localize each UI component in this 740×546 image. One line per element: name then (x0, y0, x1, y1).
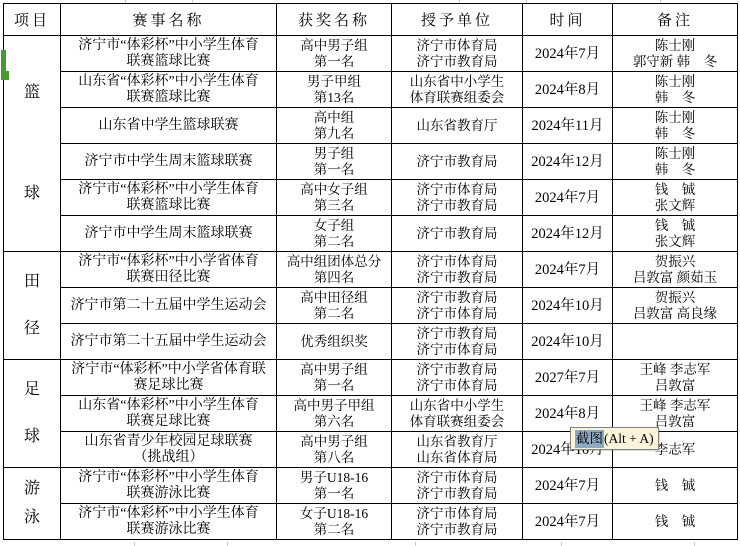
award-cell[interactable]: 男子甲组第13名 (277, 72, 392, 108)
unit-cell[interactable]: 济宁市体育局济宁市教育局 (392, 468, 523, 504)
time-cell-line: 2027年7月 (525, 370, 610, 386)
award-cell[interactable]: 高中男子组第八名 (277, 432, 392, 468)
award-cell[interactable]: 高中组第九名 (277, 108, 392, 144)
table-row: 篮球济宁市“体彩杯”中小学生体育联赛篮球比赛高中男子组第一名济宁市体育局济宁市教… (4, 36, 738, 72)
event-cell[interactable]: 济宁市“体彩杯”中小学生体育联赛篮球比赛 (61, 36, 277, 72)
award-cell-line: 第一名 (279, 378, 389, 394)
remark-cell-line: 钱 铖 (615, 218, 735, 234)
remark-cell-line: 陈士刚 (615, 110, 735, 126)
award-cell-line: 女子组 (279, 218, 389, 234)
event-cell-line: 济宁市第二十五届中学生运动会 (63, 298, 274, 314)
time-cell-line: 2024年12月 (525, 226, 610, 242)
event-cell[interactable]: 济宁市“体彩杯”中小学生体育联赛游泳比赛 (61, 504, 277, 540)
time-cell[interactable]: 2024年10月 (523, 288, 613, 324)
unit-cell[interactable]: 济宁市教育局济宁市体育局 (392, 324, 523, 360)
table-row: 田径济宁市“体彩杯”中小学省体育联赛田径比赛高中组团体总分第四名济宁市体育局济宁… (4, 252, 738, 288)
gridline-tick (561, 542, 562, 546)
time-cell[interactable]: 2024年12月 (523, 144, 613, 180)
table-row: 济宁市“体彩杯”中小学生体育联赛游泳比赛女子U18-16第二名济宁市体育局济宁市… (4, 504, 738, 540)
remark-cell[interactable]: 陈士刚韩 冬 (613, 144, 738, 180)
time-cell-line: 2024年11月 (525, 118, 610, 134)
time-cell-line: 2024年8月 (525, 82, 610, 98)
award-cell-line: 第六名 (279, 414, 389, 430)
event-cell-line: 济宁市中学生周末篮球联赛 (63, 154, 274, 170)
unit-cell-line: 山东省体育局 (394, 450, 520, 466)
remark-cell-line: 吕敦富 高良缘 (615, 306, 735, 322)
event-cell-line: 联赛游泳比赛 (63, 486, 274, 502)
time-cell[interactable]: 2024年11月 (523, 108, 613, 144)
project-char: 球 (24, 186, 40, 202)
remark-cell[interactable]: 陈士刚韩 冬 (613, 72, 738, 108)
event-cell-line: 济宁市“体彩杯”中小学生体育 (63, 38, 274, 54)
unit-cell[interactable]: 济宁市体育局济宁市教育局 (392, 252, 523, 288)
award-cell-line: 男子甲组 (279, 74, 389, 90)
project-char: 径 (24, 321, 40, 337)
unit-cell-line: 体育联赛组委会 (394, 414, 520, 430)
event-cell-line: 山东省“体彩杯”中小学生体育 (63, 74, 274, 90)
remark-cell[interactable]: 钱 铖张文辉 (613, 216, 738, 252)
project-cell[interactable]: 篮球 (4, 36, 61, 252)
table-row: 山东省中学生篮球联赛高中组第九名山东省教育厅2024年11月陈士刚韩 冬 (4, 108, 738, 144)
event-cell[interactable]: 济宁市中学生周末篮球联赛 (61, 216, 277, 252)
award-cell-line: 高中田径组 (279, 290, 389, 306)
time-cell-line: 2024年7月 (525, 46, 610, 62)
unit-cell[interactable]: 山东省教育厅 (392, 108, 523, 144)
remark-cell-line: 王峰 李志军 (615, 362, 735, 378)
event-cell[interactable]: 山东省青少年校园足球联赛（挑战组） (61, 432, 277, 468)
remark-cell-line: 韩 冬 (615, 126, 735, 142)
unit-cell-line: 济宁市体育局 (394, 254, 520, 270)
award-cell[interactable]: 男子U18-16第一名 (277, 468, 392, 504)
award-cell-line: 第四名 (279, 270, 389, 286)
event-cell[interactable]: 济宁市“体彩杯”中小学省体育联赛足球比赛 (61, 360, 277, 396)
event-cell[interactable]: 济宁市中学生周末篮球联赛 (61, 144, 277, 180)
remark-cell-line: 陈士刚 (615, 38, 735, 54)
project-char: 球 (24, 429, 40, 445)
unit-cell-line: 济宁市体育局 (394, 306, 520, 322)
unit-cell-line: 济宁市教育局 (394, 486, 520, 502)
event-cell-line: 联赛足球比赛 (63, 414, 274, 430)
remark-cell[interactable]: 陈士刚郭守新 韩 冬 (613, 36, 738, 72)
remark-cell[interactable]: 钱 铖张文辉 (613, 180, 738, 216)
award-cell[interactable]: 高中男子甲组第六名 (277, 396, 392, 432)
gridline-tick (415, 542, 416, 546)
award-cell-line: 高中男子组 (279, 434, 389, 450)
col-header-unit[interactable]: 授予单位 (392, 4, 523, 36)
time-cell[interactable]: 2024年10月 (523, 324, 613, 360)
unit-cell-line: 山东省教育厅 (394, 434, 520, 450)
event-cell-line: 山东省青少年校园足球联赛 (63, 434, 274, 450)
award-cell-line: 高中男子组 (279, 362, 389, 378)
remark-cell-line: 贺振兴 (615, 254, 735, 270)
time-cell[interactable]: 2024年7月 (523, 180, 613, 216)
screenshot-shortcut-label: (Alt + A) (604, 430, 654, 448)
unit-cell-line: 济宁市体育局 (394, 470, 520, 486)
project-cell[interactable]: 游泳 (4, 468, 61, 540)
unit-cell[interactable]: 山东省中小学生体育联赛组委会 (392, 396, 523, 432)
unit-cell-line: 济宁市体育局 (394, 342, 520, 358)
award-cell-line: 高中男子甲组 (279, 398, 389, 414)
event-cell[interactable]: 山东省中学生篮球联赛 (61, 108, 277, 144)
unit-cell-line: 济宁市教育局 (394, 522, 520, 538)
col-header-project[interactable]: 项目 (4, 4, 61, 36)
event-cell-line: 联赛游泳比赛 (63, 522, 274, 538)
remark-cell[interactable]: 贺振兴吕敦富 颜茹玉 (613, 252, 738, 288)
screenshot-tooltip[interactable]: 截图(Alt + A) (570, 427, 659, 450)
remark-cell-line: 钱 铖 (615, 514, 735, 530)
green-marker-bar (1, 50, 6, 71)
time-cell-line: 2024年12月 (525, 154, 610, 170)
project-char: 游 (24, 481, 40, 497)
award-cell-line: 第二名 (279, 306, 389, 322)
unit-cell-line: 山东省教育厅 (394, 118, 520, 134)
col-header-award[interactable]: 获奖名称 (277, 4, 392, 36)
time-cell-line: 2024年7月 (525, 514, 610, 530)
event-cell-line: 济宁市“体彩杯”中小学省体育联 (63, 362, 274, 378)
table-row: 济宁市第二十五届中学生运动会优秀组织奖济宁市教育局济宁市体育局2024年10月 (4, 324, 738, 360)
award-cell-line: 第八名 (279, 450, 389, 466)
time-cell-line: 2024年7月 (525, 478, 610, 494)
unit-cell-line: 济宁市教育局 (394, 270, 520, 286)
event-cell-line: 联赛篮球比赛 (63, 90, 274, 106)
award-cell-line: 第13名 (279, 90, 389, 106)
unit-cell[interactable]: 济宁市体育局济宁市教育局 (392, 180, 523, 216)
remark-cell-line: 王峰 李志军 (615, 398, 735, 414)
event-cell-line: 山东省中学生篮球联赛 (63, 118, 274, 134)
table-row: 足球济宁市“体彩杯”中小学省体育联赛足球比赛高中男子组第一名济宁市教育局济宁市体… (4, 360, 738, 396)
event-cell-line: 济宁市“体彩杯”中小学生体育 (63, 470, 274, 486)
unit-cell-line: 山东省中小学生 (394, 398, 520, 414)
time-cell-line: 2024年10月 (525, 298, 610, 314)
green-marker-foot (1, 71, 9, 80)
unit-cell[interactable]: 济宁市体育局济宁市教育局 (392, 504, 523, 540)
award-cell[interactable]: 高中田径组第二名 (277, 288, 392, 324)
award-cell[interactable]: 高中男子组第一名 (277, 36, 392, 72)
event-cell[interactable]: 济宁市“体彩杯”中小学生体育联赛篮球比赛 (61, 180, 277, 216)
event-cell-line: 济宁市“体彩杯”中小学生体育 (63, 182, 274, 198)
remark-cell[interactable]: 贺振兴吕敦富 高良缘 (613, 288, 738, 324)
event-cell[interactable]: 济宁市“体彩杯”中小学省体育联赛田径比赛 (61, 252, 277, 288)
project-char: 泳 (24, 510, 40, 526)
remark-cell-line: 贺振兴 (615, 290, 735, 306)
awards-table: 项目 赛事名称 获奖名称 授予单位 时间 备注 篮球济宁市“体彩杯”中小学生体育… (3, 3, 738, 540)
table-row: 济宁市“体彩杯”中小学生体育联赛篮球比赛高中女子组第三名济宁市体育局济宁市教育局… (4, 180, 738, 216)
unit-cell-line: 济宁市教育局 (394, 198, 520, 214)
unit-cell[interactable]: 济宁市体育局济宁市教育局 (392, 36, 523, 72)
unit-cell-line: 济宁市体育局 (394, 506, 520, 522)
award-cell-line: 第一名 (279, 54, 389, 70)
awards-table-body: 篮球济宁市“体彩杯”中小学生体育联赛篮球比赛高中男子组第一名济宁市体育局济宁市教… (4, 36, 738, 540)
unit-cell-line: 济宁市教育局 (394, 226, 520, 242)
remark-cell[interactable]: 陈士刚韩 冬 (613, 108, 738, 144)
project-char: 足 (24, 382, 40, 398)
award-cell[interactable]: 女子组第二名 (277, 216, 392, 252)
remark-cell-line: 陈士刚 (615, 74, 735, 90)
event-cell[interactable]: 济宁市第二十五届中学生运动会 (61, 324, 277, 360)
event-cell[interactable]: 济宁市第二十五届中学生运动会 (61, 288, 277, 324)
time-cell-line: 2024年7月 (525, 190, 610, 206)
table-row: 济宁市第二十五届中学生运动会高中田径组第二名济宁市教育局济宁市体育局2024年1… (4, 288, 738, 324)
unit-cell-line: 济宁市教育局 (394, 154, 520, 170)
event-cell-line: 联赛篮球比赛 (63, 54, 274, 70)
gridline-tick (227, 542, 228, 546)
event-cell-line: 济宁市“体彩杯”中小学省体育 (63, 254, 274, 270)
unit-cell[interactable]: 山东省中小学生体育联赛组委会 (392, 72, 523, 108)
award-cell-line: 高中组团体总分 (279, 254, 389, 270)
remark-cell-line: 郭守新 韩 冬 (615, 54, 735, 70)
unit-cell-line: 济宁市教育局 (394, 362, 520, 378)
unit-cell-line: 济宁市教育局 (394, 326, 520, 342)
award-cell-line: 高中男子组 (279, 38, 389, 54)
unit-cell-line: 济宁市教育局 (394, 290, 520, 306)
unit-cell-line: 济宁市体育局 (394, 182, 520, 198)
unit-cell-line: 济宁市体育局 (394, 38, 520, 54)
table-row: 济宁市中学生周末篮球联赛女子组第二名济宁市教育局2024年12月钱 铖张文辉 (4, 216, 738, 252)
award-cell-line: 高中组 (279, 110, 389, 126)
project-char: 田 (24, 274, 40, 290)
project-cell[interactable]: 田径 (4, 252, 61, 360)
gridline-tick (694, 542, 695, 546)
award-cell-line: 第九名 (279, 126, 389, 142)
award-cell[interactable]: 女子U18-16第二名 (277, 504, 392, 540)
time-cell[interactable]: 2027年7月 (523, 360, 613, 396)
event-cell-line: 山东省“体彩杯”中小学生体育 (63, 398, 274, 414)
remark-cell-line: 张文辉 (615, 234, 735, 250)
time-cell-line: 2024年7月 (525, 262, 610, 278)
award-cell[interactable]: 高中女子组第三名 (277, 180, 392, 216)
project-char: 篮 (24, 85, 40, 101)
remark-cell-line: 钱 铖 (615, 182, 735, 198)
remark-cell-line: 钱 铖 (615, 478, 735, 494)
gridline-tick (134, 542, 135, 546)
award-cell-line: 第一名 (279, 162, 389, 178)
award-cell[interactable]: 高中男子组第一名 (277, 360, 392, 396)
remark-cell[interactable]: 钱 铖 (613, 468, 738, 504)
spreadsheet-canvas: 项目 赛事名称 获奖名称 授予单位 时间 备注 篮球济宁市“体彩杯”中小学生体育… (0, 0, 740, 546)
event-cell-line: 联赛田径比赛 (63, 270, 274, 286)
unit-cell[interactable]: 济宁市教育局 (392, 216, 523, 252)
time-cell[interactable]: 2024年7月 (523, 36, 613, 72)
award-cell-line: 女子U18-16 (279, 506, 389, 522)
remark-cell-line: 韩 冬 (615, 162, 735, 178)
unit-cell-line: 济宁市体育局 (394, 378, 520, 394)
table-row: 山东省“体彩杯”中小学生体育联赛篮球比赛男子甲组第13名山东省中小学生体育联赛组… (4, 72, 738, 108)
remark-cell-line: 陈士刚 (615, 146, 735, 162)
award-cell-line: 男子U18-16 (279, 470, 389, 486)
unit-cell-line: 体育联赛组委会 (394, 90, 520, 106)
event-cell-line: 济宁市第二十五届中学生运动会 (63, 334, 274, 350)
remark-cell[interactable] (613, 324, 738, 360)
col-header-time[interactable]: 时间 (523, 4, 613, 36)
time-cell-line: 2024年10月 (525, 334, 610, 350)
event-cell[interactable]: 山东省“体彩杯”中小学生体育联赛篮球比赛 (61, 72, 277, 108)
time-cell[interactable]: 2024年7月 (523, 468, 613, 504)
time-cell-line: 2024年8月 (525, 406, 610, 422)
event-cell[interactable]: 山东省“体彩杯”中小学生体育联赛足球比赛 (61, 396, 277, 432)
remark-cell[interactable]: 钱 铖 (613, 504, 738, 540)
event-cell-line: 济宁市中学生周末篮球联赛 (63, 226, 274, 242)
header-row: 项目 赛事名称 获奖名称 授予单位 时间 备注 (4, 4, 738, 36)
unit-cell[interactable]: 济宁市教育局 (392, 144, 523, 180)
unit-cell[interactable]: 山东省教育厅山东省体育局 (392, 432, 523, 468)
award-cell-line: 优秀组织奖 (279, 334, 389, 350)
event-cell-line: 济宁市“体彩杯”中小学生体育 (63, 506, 274, 522)
award-cell[interactable]: 优秀组织奖 (277, 324, 392, 360)
remark-cell-line: 韩 冬 (615, 90, 735, 106)
project-cell[interactable]: 足球 (4, 360, 61, 468)
time-cell[interactable]: 2024年8月 (523, 72, 613, 108)
screenshot-action-label[interactable]: 截图 (575, 430, 604, 448)
remark-cell-line: 吕敦富 (615, 378, 735, 394)
time-cell[interactable]: 2024年7月 (523, 504, 613, 540)
award-cell-line: 第三名 (279, 198, 389, 214)
unit-cell-line: 济宁市教育局 (394, 54, 520, 70)
time-cell[interactable]: 2024年12月 (523, 216, 613, 252)
unit-cell[interactable]: 济宁市教育局济宁市体育局 (392, 288, 523, 324)
time-cell[interactable]: 2024年7月 (523, 252, 613, 288)
award-cell[interactable]: 高中组团体总分第四名 (277, 252, 392, 288)
award-cell-line: 第二名 (279, 522, 389, 538)
unit-cell-line: 山东省中小学生 (394, 74, 520, 90)
award-cell-line: 第一名 (279, 486, 389, 502)
award-cell[interactable]: 男子组第一名 (277, 144, 392, 180)
col-header-event[interactable]: 赛事名称 (61, 4, 277, 36)
remark-cell-line: 吕敦富 颜茹玉 (615, 270, 735, 286)
event-cell-line: 联赛篮球比赛 (63, 198, 274, 214)
award-cell-line: 男子组 (279, 146, 389, 162)
unit-cell[interactable]: 济宁市教育局济宁市体育局 (392, 360, 523, 396)
col-header-remark[interactable]: 备注 (613, 4, 738, 36)
table-row: 游泳济宁市“体彩杯”中小学生体育联赛游泳比赛男子U18-16第一名济宁市体育局济… (4, 468, 738, 504)
event-cell-line: 赛足球比赛 (63, 378, 274, 394)
remark-cell-line: 张文辉 (615, 198, 735, 214)
event-cell-line: （挑战组） (63, 450, 274, 466)
event-cell[interactable]: 济宁市“体彩杯”中小学生体育联赛游泳比赛 (61, 468, 277, 504)
table-row: 济宁市中学生周末篮球联赛男子组第一名济宁市教育局2024年12月陈士刚韩 冬 (4, 144, 738, 180)
remark-cell[interactable]: 王峰 李志军吕敦富 (613, 360, 738, 396)
award-cell-line: 第二名 (279, 234, 389, 250)
award-cell-line: 高中女子组 (279, 182, 389, 198)
